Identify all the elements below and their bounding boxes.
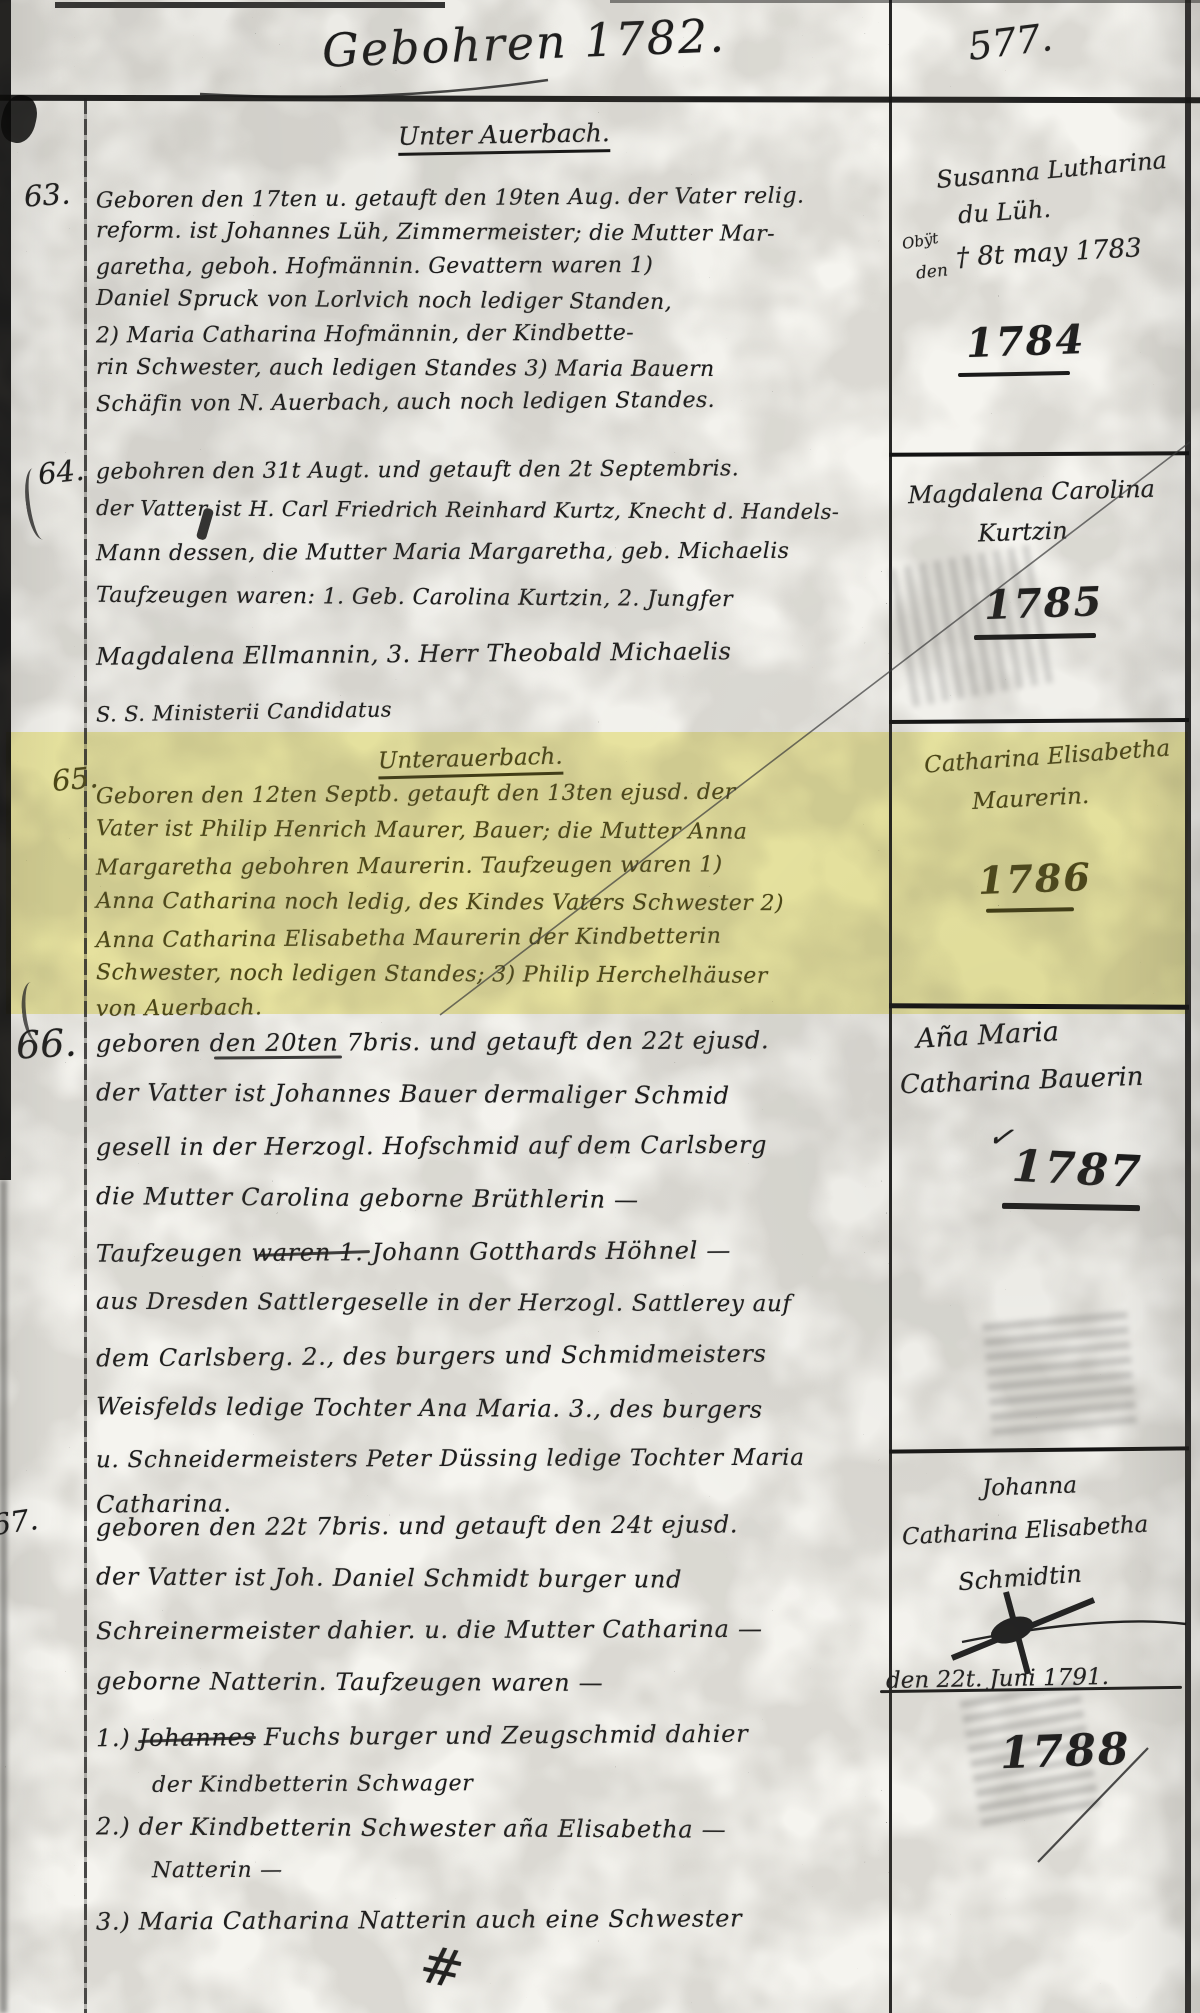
- entry-63-child-name: du Lüh.: [957, 195, 1052, 229]
- entry-63-line: 2) Maria Catharina Hofmännin, der Kindbe…: [96, 321, 634, 349]
- table-border-top-left: [55, 2, 445, 8]
- header-separator: [0, 95, 1200, 104]
- entry-64-year-underline: [974, 633, 1096, 640]
- section-heading: Unter Auerbach.: [398, 118, 610, 151]
- register-page-scan: Gebohren 1782. 577. Unter Auerbach. 63. …: [0, 0, 1200, 2013]
- entry-64-number: 64.: [36, 453, 85, 492]
- entry-65-line: Margaretha gebohren Maurerin. Taufzeugen…: [96, 852, 723, 880]
- entry-63-year-underline: [958, 371, 1070, 377]
- entry-66-year-underline: [1002, 1203, 1140, 1211]
- entry-63-death-note: † 8t may 1783: [955, 233, 1142, 273]
- entry-67-line: 1.) Johannes Fuchs burger und Zeugschmid…: [96, 1720, 749, 1753]
- entry-63-number: 63.: [23, 176, 71, 213]
- entry-66-line: Weisfelds ledige Tochter Ana Maria. 3., …: [96, 1392, 763, 1423]
- entry-67-child-name: Johanna: [982, 1472, 1078, 1501]
- entry-66-line: gesell in der Herzogl. Hofschmid auf dem…: [96, 1131, 767, 1161]
- entry-66-line: aus Dresden Sattlergeselle in der Herzog…: [96, 1289, 792, 1317]
- entry-67-line: geborne Natterin. Taufzeugen waren —: [96, 1667, 603, 1697]
- entry-64-child-name: Kurtzin: [978, 516, 1069, 547]
- entry-65-year-ref: 1786: [977, 854, 1092, 903]
- crossout-mark: [952, 1592, 1186, 1674]
- entry-66-line: der Vatter ist Johannes Bauer dermaliger…: [96, 1078, 730, 1109]
- entry-64-line: Mann dessen, die Mutter Maria Margaretha…: [96, 539, 789, 566]
- entry-63-obiit-word: Obÿt: [901, 229, 940, 253]
- section-heading-label: Unter Auerbach.: [398, 118, 610, 156]
- entry-64-line: der Vatter ist H. Carl Friedrich Reinhar…: [96, 496, 839, 524]
- entry-63-line: garetha, geboh. Hofmännin. Gevattern war…: [96, 253, 653, 280]
- entry-67-line: der Vatter ist Joh. Daniel Schmidt burge…: [96, 1562, 682, 1593]
- name-cell-separator-1: [889, 451, 1189, 457]
- entry-63-line: Daniel Spruck von Lorlvich noch lediger …: [96, 286, 672, 315]
- entry-63-child-name: Susanna Lutharina: [935, 146, 1168, 194]
- entry-67-child-name: Schmidtin: [957, 1560, 1083, 1597]
- entry-63-line: Geboren den 17ten u. getauft den 19ten A…: [96, 184, 804, 214]
- entry-63-year-ref: 1784: [965, 316, 1086, 367]
- entry-65-heading: Unterauerbach.: [378, 744, 563, 775]
- entry-66-child-name: Catharina Bauerin: [900, 1062, 1144, 1100]
- entry-65-heading-label: Unterauerbach.: [378, 744, 563, 780]
- scan-edge-left-lower: [0, 1180, 7, 2013]
- entry-66-line: geboren den 20ten 7bris. und getauft den…: [96, 1026, 769, 1058]
- entry-67-hash-mark: #: [414, 1934, 469, 2002]
- faint-stamp-2: [983, 1311, 1138, 1443]
- page-title: Gebohren 1782.: [321, 8, 727, 77]
- entry-67-line: der Kindbetterin Schwager: [152, 1771, 474, 1798]
- entry-64-year-ref: 1785: [983, 578, 1104, 629]
- entry-66-line: die Mutter Carolina geborne Brüthlerin —: [96, 1182, 639, 1214]
- entry-65-line: Vater ist Philip Henrich Maurer, Bauer; …: [96, 816, 747, 844]
- entry-66-line: u. Schneidermeisters Peter Düssing ledig…: [96, 1445, 805, 1473]
- entry-67-number: 67.: [0, 1502, 40, 1542]
- name-cell-separator-4: [889, 1446, 1189, 1453]
- entry-66-year-ref: 1787: [1011, 1141, 1144, 1199]
- entry-63-line: Schäfin von N. Auerbach, auch noch ledig…: [96, 388, 715, 417]
- entry-65-line: Anna Catharina noch ledig, des Kindes Va…: [96, 889, 784, 916]
- entry-66-number: 66.: [15, 1020, 78, 1067]
- scan-edge-left: [0, 0, 11, 1180]
- entry-66-line: Taufzeugen waren 1. Johann Gotthards Höh…: [96, 1236, 731, 1267]
- entry-67-line: 2.) der Kindbetterin Schwester aña Elisa…: [96, 1812, 726, 1843]
- name-cell-separator-2: [889, 718, 1189, 724]
- entry-65-line: Geboren den 12ten Septb. getauft den 13t…: [96, 780, 736, 809]
- entry-63-line: reform. ist Johannes Lüh, Zimmermeister;…: [96, 218, 775, 247]
- entry-64-line: Taufzeugen waren: 1. Geb. Carolina Kurtz…: [96, 583, 733, 612]
- entry-67-line: Natterin —: [152, 1858, 283, 1883]
- page-number: 577.: [966, 15, 1055, 69]
- entry-67-line: geboren den 22t 7bris. und getauft den 2…: [96, 1510, 738, 1541]
- entry-65-line: Anna Catharina Elisabetha Maurerin der K…: [96, 924, 721, 953]
- entry-65-line: Schwester, noch ledigen Standes; 3) Phil…: [96, 960, 768, 989]
- entry-67-child-name: Catharina Elisabetha: [901, 1512, 1148, 1551]
- entry-63-line: rin Schwester, auch ledigen Standes 3) M…: [96, 355, 715, 382]
- entry-64-line: S. S. Ministerii Candidatus: [96, 697, 392, 726]
- entry-66-child-name: Aña Maria: [915, 1016, 1059, 1054]
- entry-65-number: 65.: [51, 760, 100, 798]
- entry-65-line: von Auerbach.: [96, 995, 263, 1021]
- entry-67-line: Schreinermeister dahier. u. die Mutter C…: [96, 1615, 763, 1645]
- vertical-line-left-margin: [84, 98, 87, 2013]
- entry-64-line: gebohren den 31t Augt. und getauft den 2…: [96, 456, 739, 484]
- entry-66-line: dem Carlsberg. 2., des burgers und Schmi…: [96, 1340, 767, 1373]
- entry-67-line: 3.) Maria Catharina Natterin auch eine S…: [96, 1904, 742, 1935]
- table-border-top-right: [610, 0, 1200, 3]
- entry-64-child-name: Magdalena Carolina: [908, 475, 1156, 509]
- entry-66-date-underline: [214, 1055, 342, 1059]
- entry-67-year-ref: 1788: [999, 1724, 1131, 1780]
- entry-64-line: Magdalena Ellmannin, 3. Herr Theobald Mi…: [96, 637, 731, 671]
- entry-66-checkmark: ✓: [986, 1118, 1016, 1156]
- entry-63-den-word: den: [915, 260, 949, 283]
